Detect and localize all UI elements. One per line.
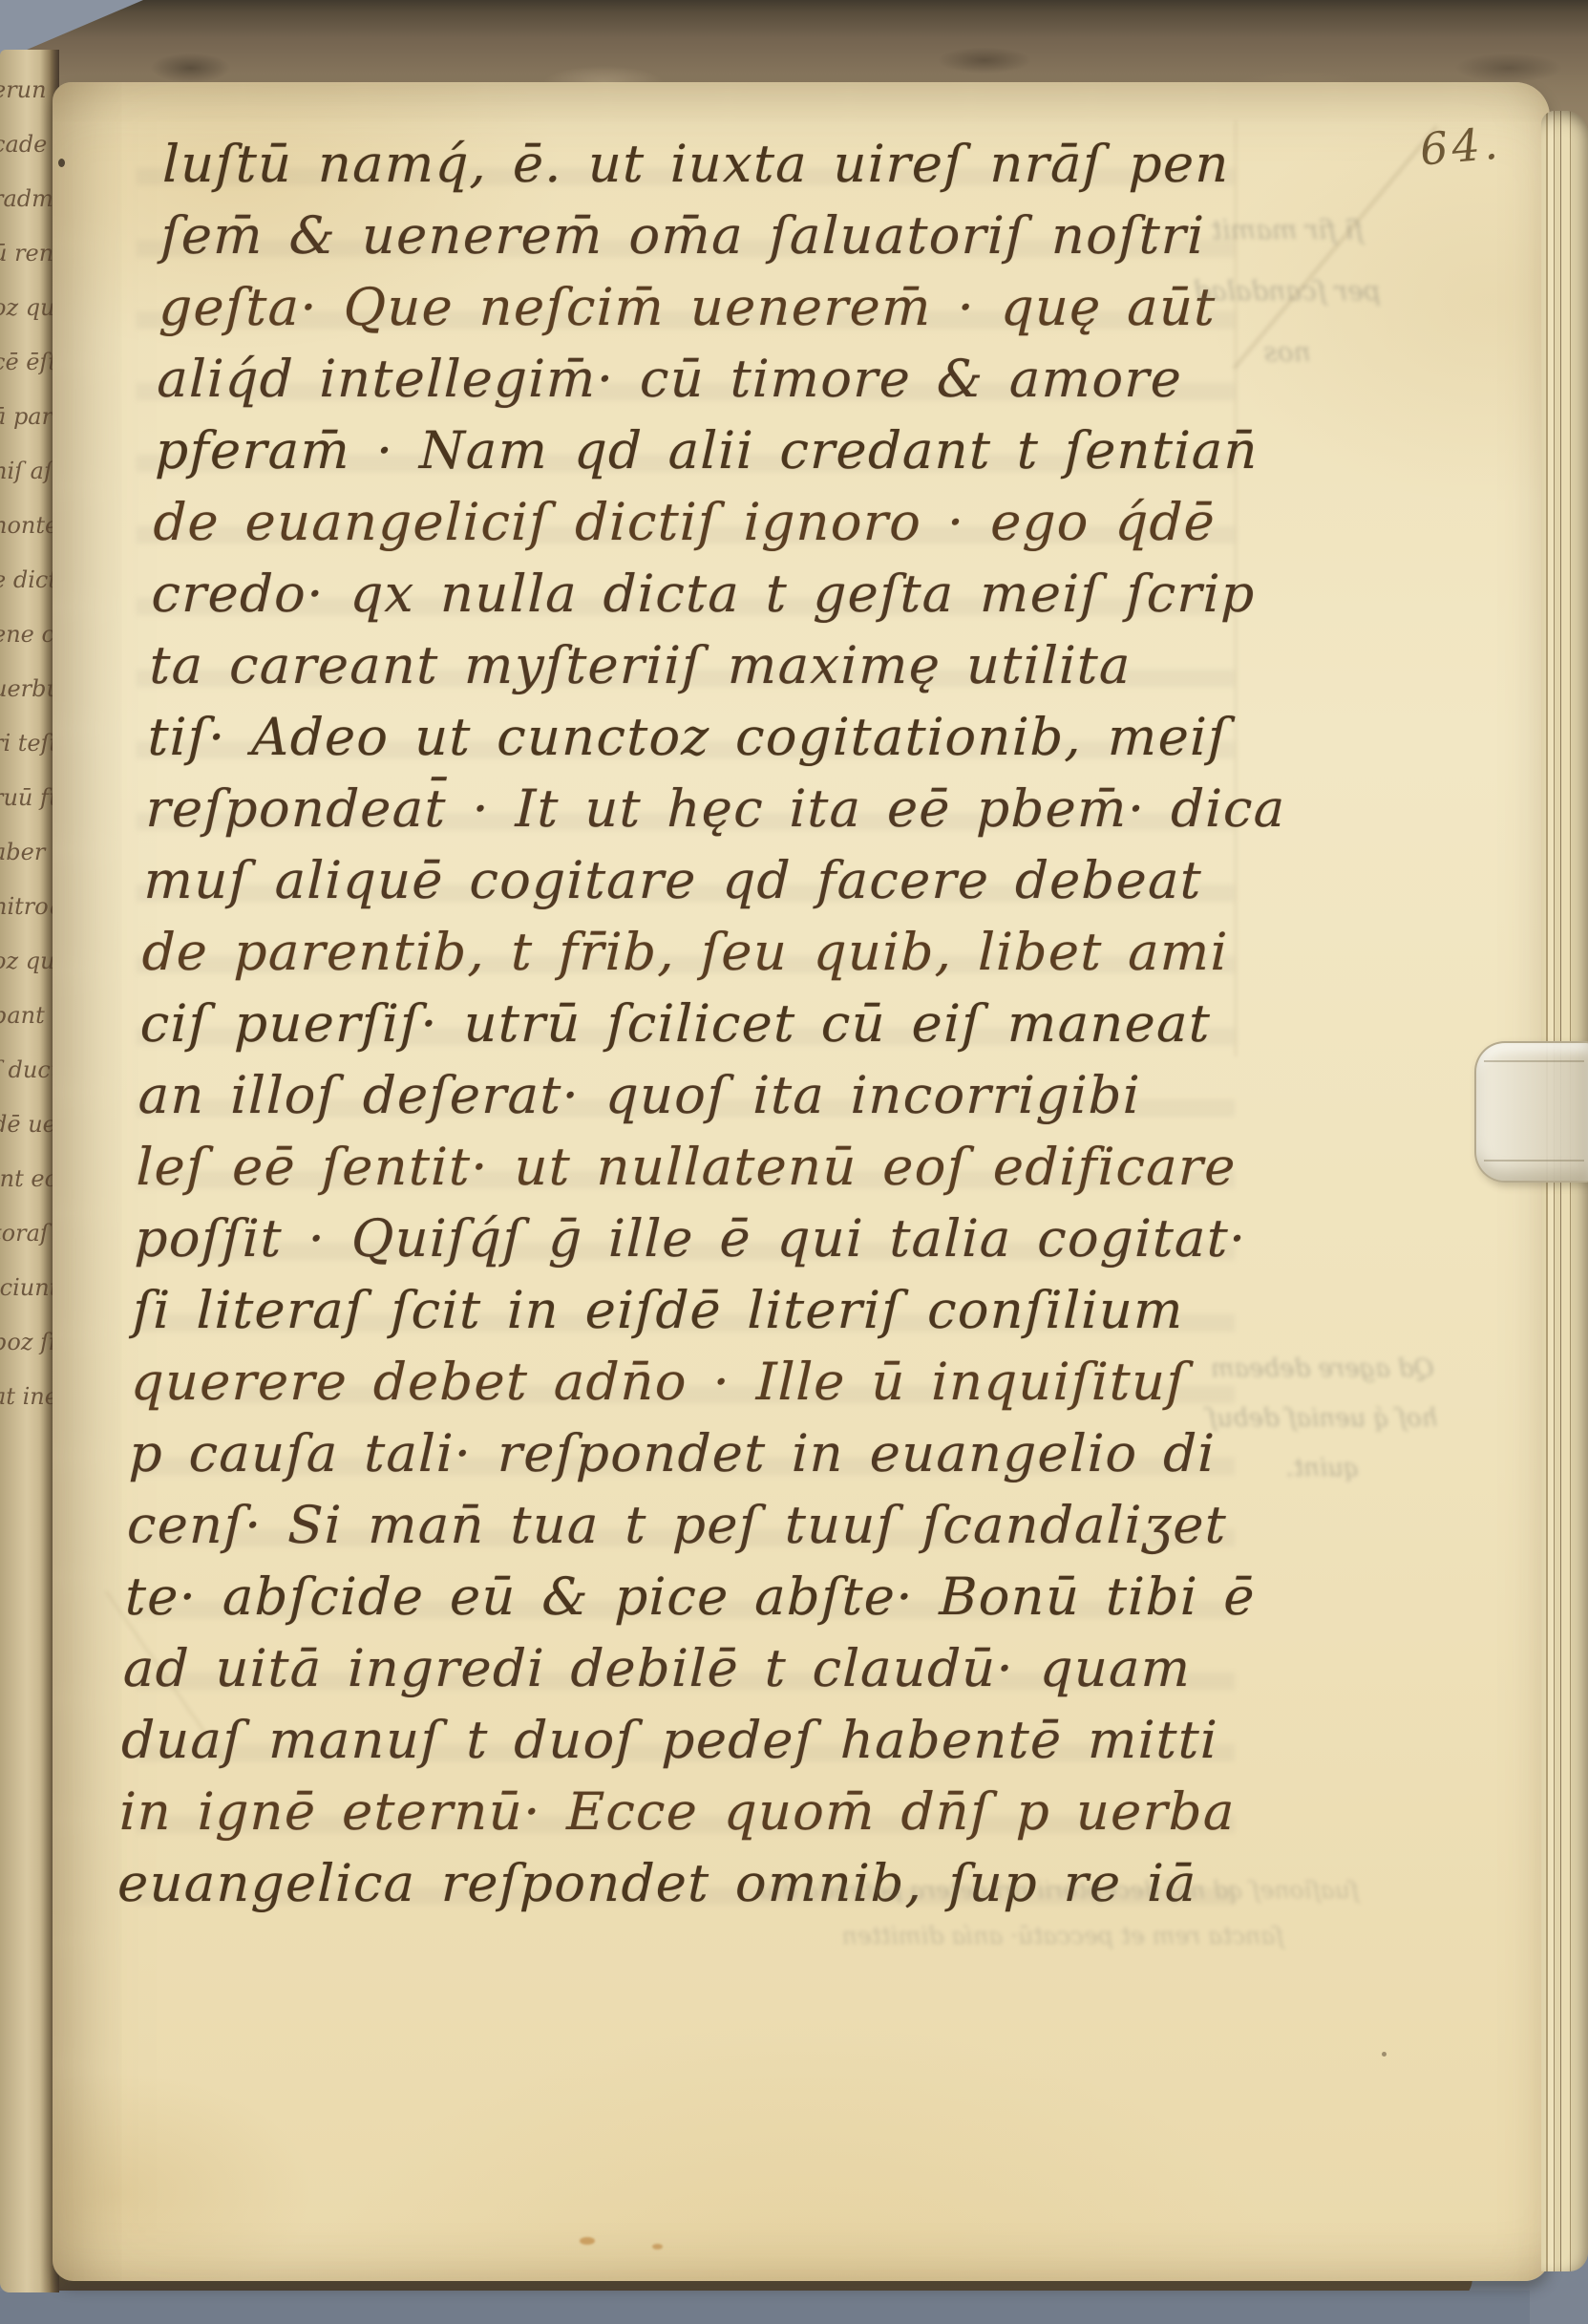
show-through-line: hoſ q́ ueniaſ debuſ — [1194, 1404, 1451, 1454]
show-through-line: Qd agere debeam — [1194, 1354, 1451, 1404]
text-line: ciſ puerſiſ· utrū ſcilicet cū eiſ maneat — [139, 982, 1249, 1054]
text-line: querere debet adn̄o · Ille ū inquiſituſ — [130, 1340, 1239, 1412]
tab-ridge — [1484, 1160, 1584, 1162]
show-through-line: ſancta rem et peccatū· anía dimitten — [767, 1922, 1359, 1968]
gutter-text-fragments: eruncaderadmū renoz qucē ēſtā parniſ aſt… — [0, 76, 50, 1438]
tab-ridge — [1484, 1060, 1584, 1062]
gutter-snippet-text: cē ēſt — [0, 349, 50, 403]
gutter-snippet-text: ā par — [0, 403, 50, 458]
gutter-snippet-text: ſ ducū — [0, 1056, 50, 1111]
gutter-snippet-text: e dict — [0, 566, 50, 621]
gutter-snippet-text: toraſ — [0, 1220, 50, 1274]
manuscript-page: 64. luſtū namq́, ē. ut iuxta uireſ nrāſ … — [53, 82, 1550, 2281]
gutter-snippet-text: ene ci — [0, 621, 50, 675]
text-line: p cauſa tali· reſpondet in euangelio di — [128, 1412, 1238, 1483]
gutter-snippet-text: oz que — [0, 948, 50, 1002]
gutter-snippet-text: ri teſta — [0, 730, 50, 784]
stain — [652, 2244, 663, 2249]
folio-number: 64. — [1418, 117, 1504, 175]
text-line: leſ eē ſentit· ut nullatenū eoſ edificar… — [136, 1125, 1245, 1197]
gutter-snippet-text: bant n — [0, 1002, 50, 1056]
show-through-line: per ſcandalad — [1168, 275, 1407, 336]
gutter-snippet-text: int ec — [0, 1165, 50, 1220]
text-line: cenſ· Si man̄ tua t peſ tuuſ ſcandaliʒet — [126, 1483, 1236, 1555]
gutter-snippet-text: cade — [0, 131, 50, 185]
text-line: geſta· Que neſcim̄ uenerem̄ · quę aūt — [159, 266, 1268, 337]
gutter-snippet-text: aber — [0, 839, 50, 893]
index-tab — [1474, 1041, 1588, 1183]
text-line: pferam̄ · Nam qd alii credant t ſentian̄ — [155, 409, 1264, 480]
main-text-block: luſtū namq́, ē. ut iuxta uireſ nrāſ penſ… — [116, 122, 1271, 1913]
gutter-snippet-text: uerbu — [0, 675, 50, 730]
backdrop-bottom — [0, 2291, 1588, 2324]
gutter-snippet-text: ruū fu — [0, 784, 50, 839]
text-line: ſi literaſ ſcit in eiſdē literiſ conſili… — [132, 1269, 1241, 1340]
gutter-snippet-text: nonte — [0, 512, 50, 566]
show-through-line: nos — [1168, 336, 1407, 397]
text-line: poſſit · Quiſq́ſ ḡ ille ē qui talia cogi… — [134, 1197, 1243, 1269]
gutter-snippet-text: ū ren — [0, 240, 50, 294]
text-line: luſtū namq́, ē. ut iuxta uireſ nrāſ pen — [162, 122, 1272, 194]
ink-speck — [58, 159, 65, 167]
show-through-line: ſi fir mamit — [1168, 214, 1407, 275]
show-through-right-top: ſi fir mamitper ſcandaladnos — [1168, 214, 1407, 397]
text-line: ad uitā ingredi debilē t claudū· quam — [122, 1627, 1232, 1698]
text-line: de parentib, t fr̄ib, ſeu quib, libet am… — [141, 910, 1251, 982]
text-line: te· abſcide eū & pice abſte· Bonū tibi ē — [124, 1555, 1234, 1627]
text-line: muſ aliquē cogitare qd facere debeat — [143, 839, 1253, 910]
show-through-right-middle: Qd agere debeamhoſ q́ ueniaſ debuſquint. — [1194, 1354, 1451, 1503]
text-line: reſpondeat̄ · It ut hęc ita eē pbem̄· di… — [145, 767, 1255, 839]
text-line: ta careant myſteriiſ maximę utilita — [149, 624, 1259, 695]
gutter-snippet-text: oz qu — [0, 294, 50, 349]
gutter-snippet-text: iciunt — [0, 1274, 50, 1329]
text-line: ſem̄ & uenerem̄ om̄a ſaluatoriſ noſtri — [160, 194, 1270, 266]
show-through-bottom: ſuaſioneſ qd naſ deceptorii nrī cetera p… — [767, 1876, 1359, 1968]
text-line: duaſ manuſ t duoſ pedeſ habentē mitti — [120, 1698, 1230, 1770]
text-line: aliq́d intellegim̄· cū timore & amore — [157, 337, 1266, 409]
show-through-line: quint. — [1194, 1454, 1451, 1503]
gutter-snippet-text: boz ſim — [0, 1329, 50, 1383]
gutter-previous-leaf-edge: eruncaderadmū renoz qucē ēſtā parniſ aſt… — [0, 50, 59, 2292]
stain — [580, 2237, 595, 2245]
fore-edge-pages — [1541, 111, 1588, 2271]
text-line: credo· qx nulla dicta t geſta meiſ ſcrip — [151, 552, 1260, 624]
text-line: de euangeliciſ dictiſ ignoro · ego q́dē — [153, 480, 1262, 552]
text-line: in ignē eternū· Ecce quom̄ dn̄ſ p uerba — [118, 1770, 1228, 1842]
gutter-snippet-text: at inep — [0, 1383, 50, 1438]
text-line: an illoſ deſerat· quoſ ita incorrigibi — [138, 1054, 1247, 1125]
gutter-snippet-text: erun — [0, 76, 50, 131]
gutter-snippet-text: niſ aſt — [0, 458, 50, 512]
show-through-line: ſuaſioneſ qd naſ deceptorii nrī cetera p… — [767, 1876, 1359, 1922]
gutter-snippet-text: nitroq — [0, 893, 50, 948]
text-line: tiſ· Adeo ut cunctoz cogitationib, meiſ — [147, 695, 1257, 767]
ink-speck — [1382, 2052, 1387, 2057]
gutter-snippet-text: radm — [0, 185, 50, 240]
gutter-snippet-text: dē uer — [0, 1111, 50, 1165]
